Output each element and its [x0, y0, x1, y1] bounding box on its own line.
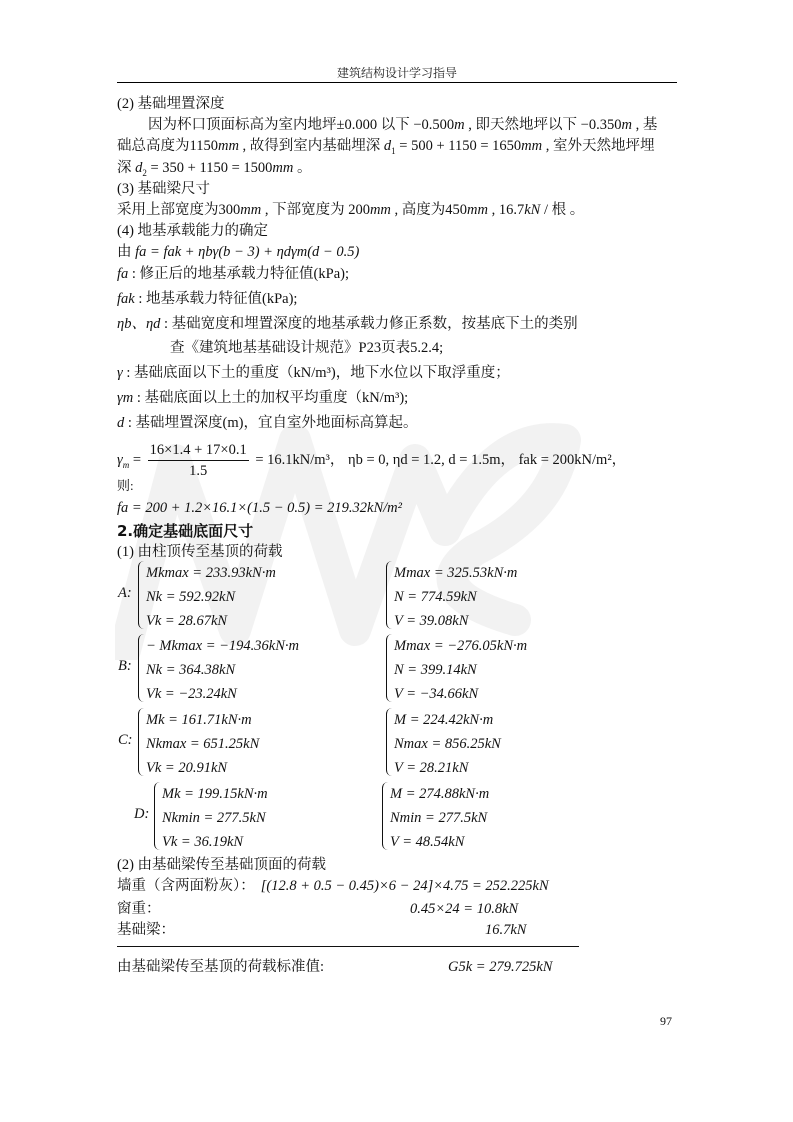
- subsection-heading: (1) 由柱顶传至基顶的荷载: [117, 543, 283, 561]
- definition-item: γ : 基础底面以下土的重度（kN/m³)，地下水位以下取浮重度；: [117, 364, 510, 382]
- formula-line: 由 fa = fak + ηbγ(b − 3) + ηdγm(d − 0.5): [117, 243, 359, 261]
- total-load-value: G5k = 279.725kN: [448, 958, 552, 976]
- definition-item: γm : 基础底面以上土的加权平均重度（kN/m³);: [117, 389, 408, 407]
- subsection-heading: (4) 地基承载能力的确定: [117, 222, 268, 240]
- definition-item: ηb、ηd : 基础宽度和埋置深度的地基承载力修正系数，按基底下土的类别: [117, 315, 578, 333]
- definition-item: fa : 修正后的地基承载力特征值(kPa);: [117, 265, 349, 283]
- document-page: 建筑结构设计学习指导 (2) 基础埋置深度 因为杯口顶面标高为室内地坪±0.00…: [0, 0, 793, 1122]
- subsection-heading: (2) 基础埋置深度: [117, 95, 225, 113]
- gamma-m-formula: γm = 16×1.4 + 17×0.1 1.5 = 16.1kN/m³， ηb…: [117, 440, 626, 481]
- fraction: 16×1.4 + 17×0.1 1.5: [148, 440, 249, 481]
- paragraph-line: 深 d2 = 350 + 1150 = 1500mm 。: [117, 159, 311, 177]
- definition-item: fak : 地基承载力特征值(kPa);: [117, 290, 297, 308]
- definition-item: d : 基础埋置深度(m)，宜自室外地面标高算起。: [117, 414, 417, 432]
- subsection-heading: (3) 基础梁尺寸: [117, 180, 210, 198]
- window-weight-label: 窗重：: [117, 900, 161, 918]
- paragraph-line: 因为杯口顶面标高为室内地坪±0.000 以下 −0.500m , 即天然地坪以下…: [148, 116, 657, 134]
- sum-divider: [117, 946, 579, 947]
- paragraph-line: 础总高度为1150mm , 故得到室内基础埋深 d1 = 500 + 1150 …: [117, 137, 655, 155]
- total-load-label: 由基础梁传至基顶的荷载标准值:: [117, 958, 324, 976]
- foundation-beam-label: 基础梁：: [117, 921, 175, 939]
- then-label: 则:: [117, 477, 134, 495]
- running-header: 建筑结构设计学习指导: [117, 64, 677, 81]
- definition-item: 查《建筑地基基础设计规范》P23页表5.2.4;: [170, 339, 443, 357]
- subsection-heading: (2) 由基础梁传至基础顶面的荷载: [117, 856, 326, 874]
- page-number: 97: [660, 1014, 672, 1029]
- wall-weight-row: 墙重（含两面粉灰）：[(12.8 + 0.5 − 0.45)×6 − 24]×4…: [117, 877, 549, 895]
- window-weight-value: 0.45×24 = 10.8kN: [410, 900, 518, 918]
- fa-result-formula: fa = 200 + 1.2×16.1×(1.5 − 0.5) = 219.32…: [117, 499, 402, 517]
- foundation-beam-value: 16.7kN: [485, 921, 526, 939]
- section-title: 2.确定基础底面尺寸: [117, 522, 253, 540]
- header-divider: [117, 82, 677, 83]
- paragraph-line: 采用上部宽度为300mm , 下部宽度为 200mm , 高度为450mm , …: [117, 201, 584, 219]
